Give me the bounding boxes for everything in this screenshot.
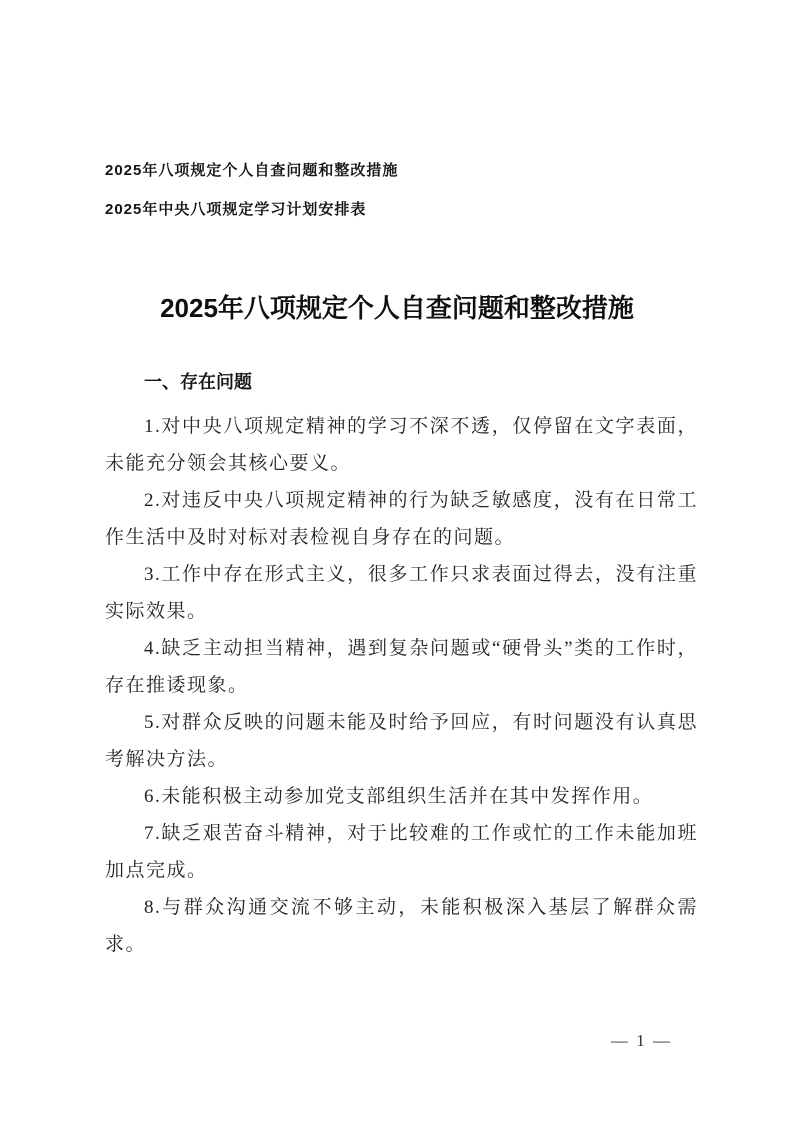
document-title: 2025年八项规定个人自查问题和整改措施 xyxy=(60,288,734,328)
document-header: 2025年八项规定个人自查问题和整改措施 2025年中央八项规定学习计划安排表 xyxy=(105,151,699,229)
page-number: — 1 — xyxy=(611,1031,672,1051)
body-paragraph: 5.对群众反映的问题未能及时给予回应，有时问题没有认真思考解决方法。 xyxy=(105,704,698,778)
header-line-1: 2025年八项规定个人自查问题和整改措施 xyxy=(105,151,699,190)
body-paragraph: 8.与群众沟通交流不够主动，未能积极深入基层了解群众需求。 xyxy=(105,889,698,963)
body-paragraph: 3.工作中存在形式主义，很多工作只求表面过得去，没有注重实际效果。 xyxy=(105,556,698,630)
document-body: 一、存在问题 1.对中央八项规定精神的学习不深不透，仅停留在文字表面，未能充分领… xyxy=(105,368,698,963)
header-line-2: 2025年中央八项规定学习计划安排表 xyxy=(105,190,699,229)
body-paragraph: 1.对中央八项规定精神的学习不深不透，仅停留在文字表面，未能充分领会其核心要义。 xyxy=(105,408,698,482)
body-paragraph: 6.未能积极主动参加党支部组织生活并在其中发挥作用。 xyxy=(105,778,698,815)
body-paragraph: 2.对违反中央八项规定精神的行为缺乏敏感度，没有在日常工作生活中及时对标对表检视… xyxy=(105,482,698,556)
section-heading: 一、存在问题 xyxy=(105,368,698,397)
document-page: 2025年八项规定个人自查问题和整改措施 2025年中央八项规定学习计划安排表 … xyxy=(0,0,794,1122)
paragraph-list: 1.对中央八项规定精神的学习不深不透，仅停留在文字表面，未能充分领会其核心要义。… xyxy=(105,408,698,963)
body-paragraph: 4.缺乏主动担当精神，遇到复杂问题或“硬骨头”类的工作时，存在推诿现象。 xyxy=(105,630,698,704)
body-paragraph: 7.缺乏艰苦奋斗精神，对于比较难的工作或忙的工作未能加班加点完成。 xyxy=(105,815,698,889)
